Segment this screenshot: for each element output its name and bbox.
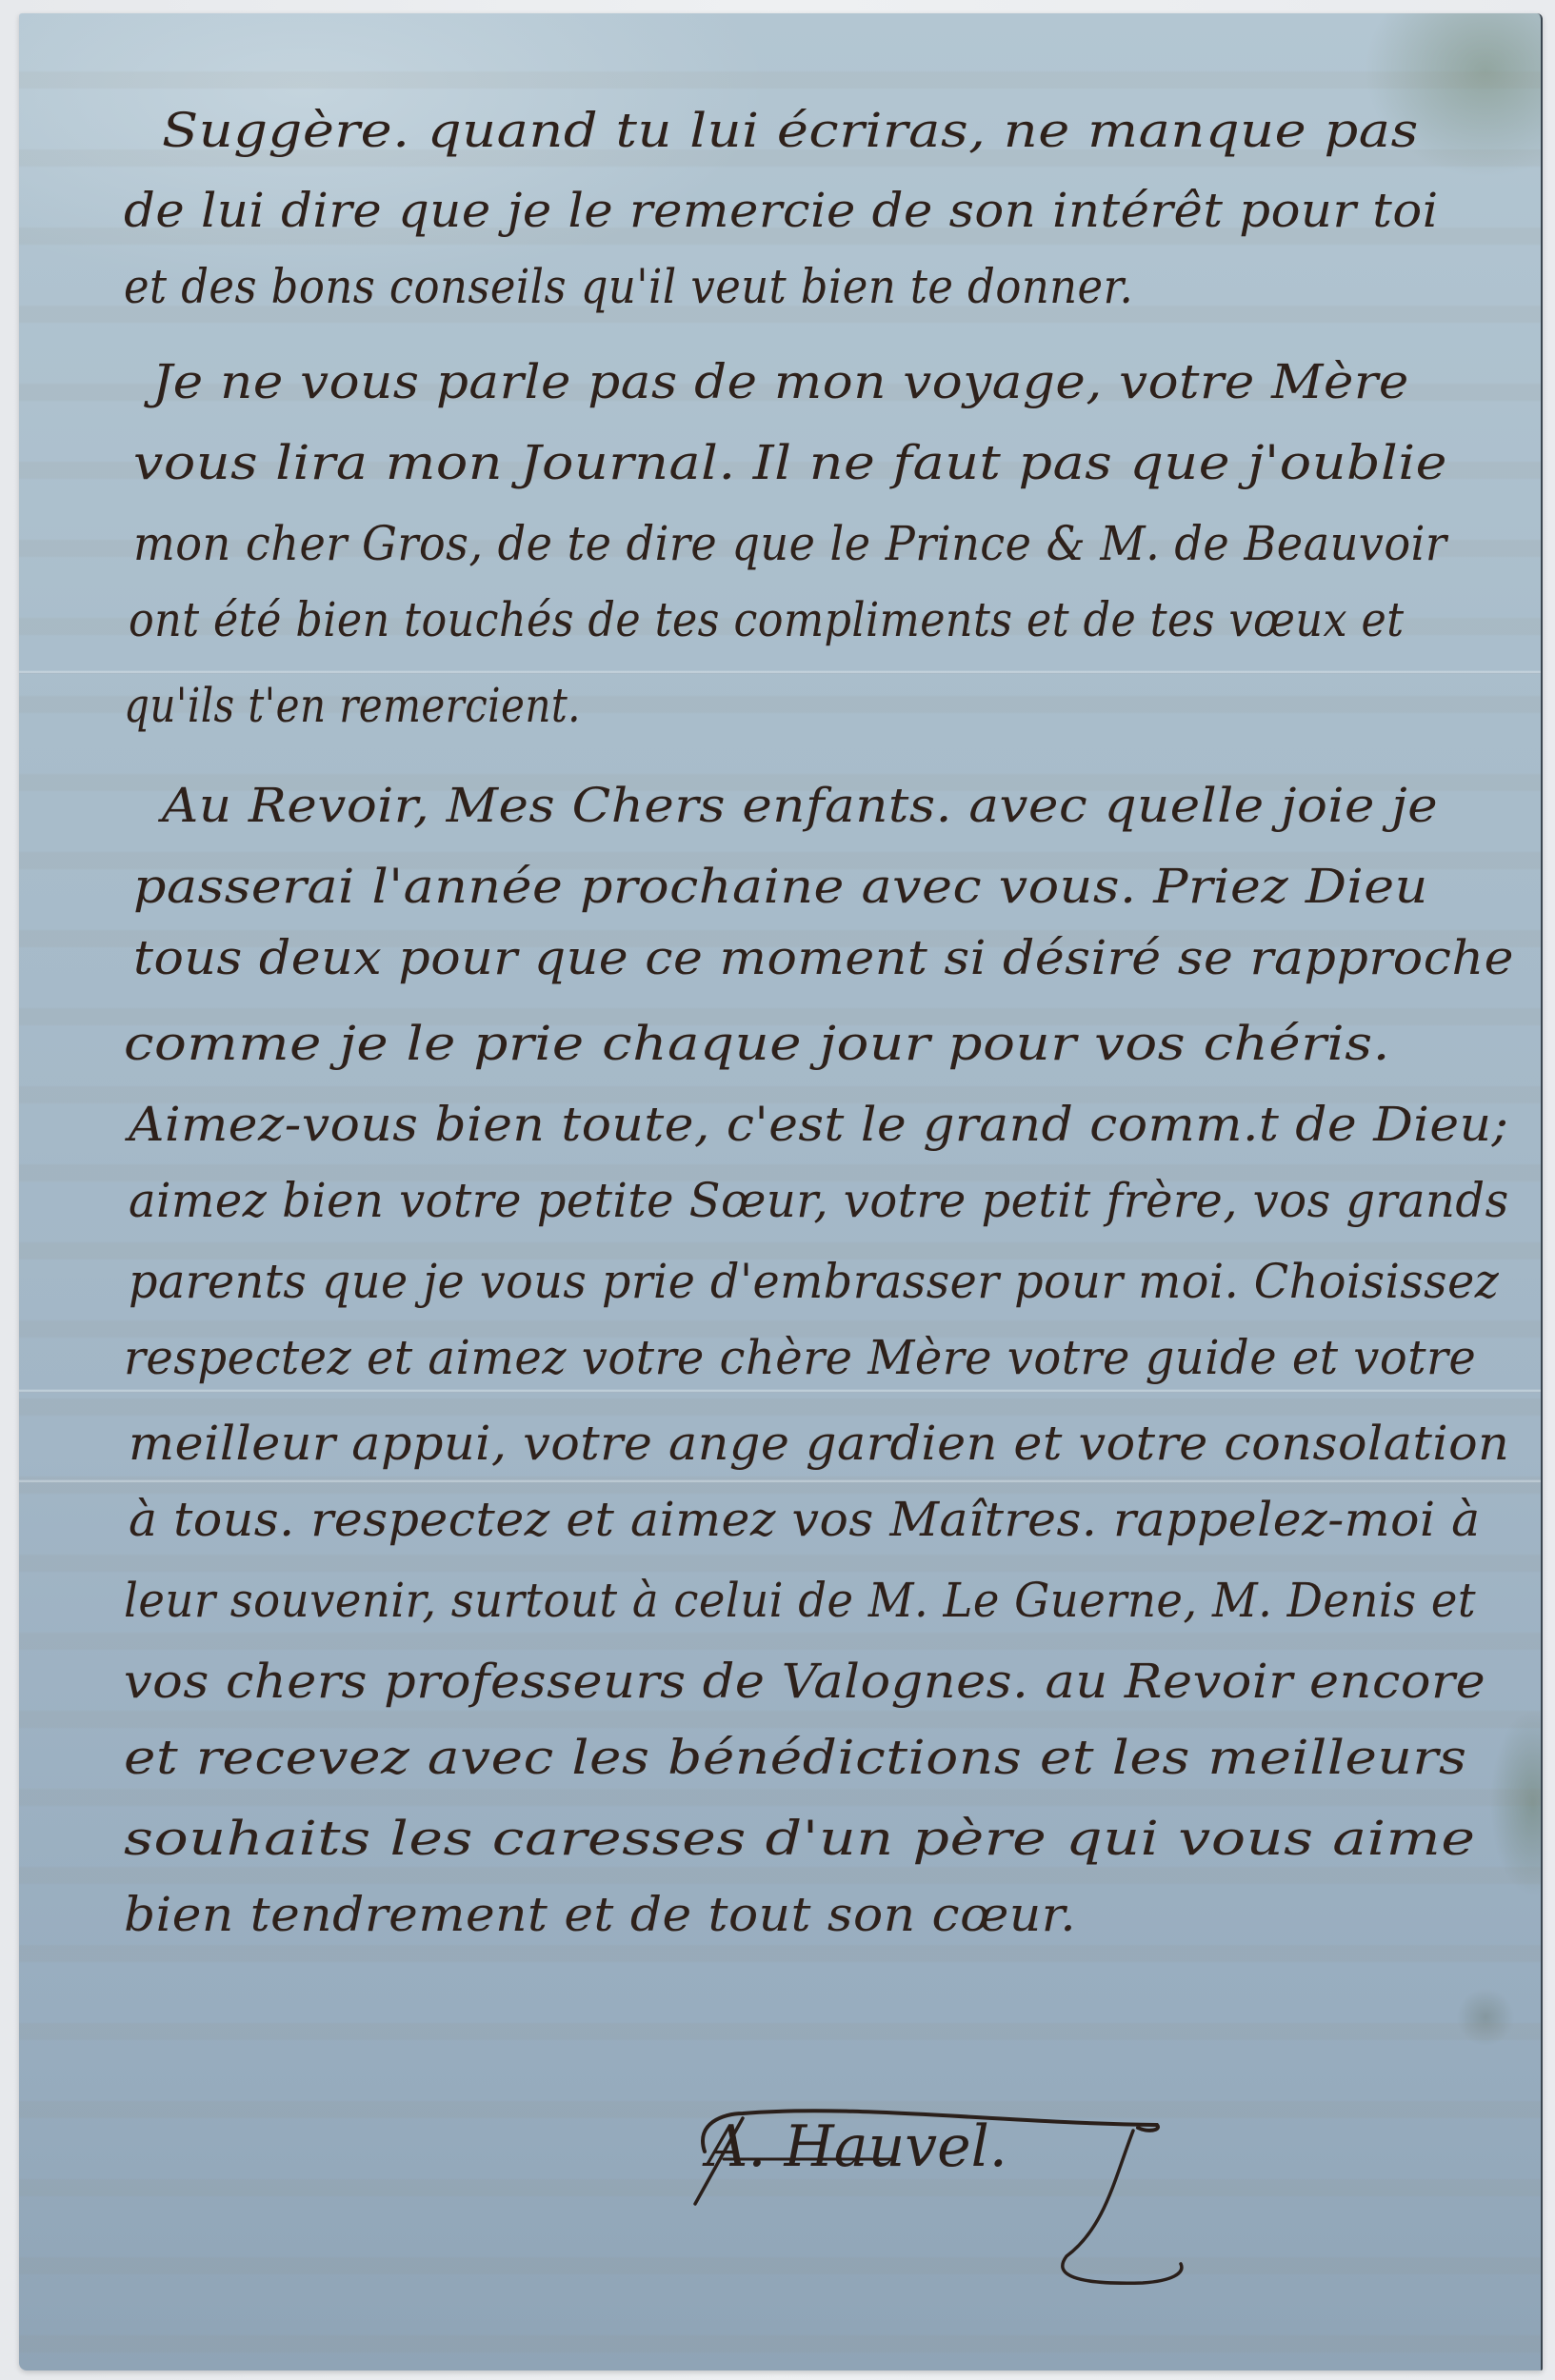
letter-line: Je ne vous parle pas de mon voyage, votr… xyxy=(152,354,1409,409)
signature: A. Hauvel. xyxy=(707,2113,1007,2180)
letter-line: comme je le prie chaque jour pour vos ch… xyxy=(124,1016,1390,1071)
letter-line: vos chers professeurs de Valognes. au Re… xyxy=(124,1654,1485,1709)
letter-line: tous deux pour que ce moment si désiré s… xyxy=(133,930,1514,985)
letter-line: passerai l'année prochaine avec vous. Pr… xyxy=(133,859,1428,914)
letter-line: vous lira mon Journal. Il ne faut pas qu… xyxy=(133,435,1447,490)
letter-line: mon cher Gros, de te dire que le Prince … xyxy=(133,516,1446,571)
letter-line: à tous. respectez et aimez vos Maîtres. … xyxy=(129,1492,1481,1547)
letter-line: qu'ils t'en remercient. xyxy=(124,678,581,733)
letter-line: souhaits les caresses d'un père qui vous… xyxy=(124,1811,1476,1866)
fold-crease xyxy=(19,1479,1541,1483)
letter-line: aimez bien votre petite Sœur, votre peti… xyxy=(129,1173,1509,1228)
letter-line: Suggère. quand tu lui écriras, ne manque… xyxy=(162,103,1419,158)
letter-line: et recevez avec les bénédictions et les … xyxy=(124,1730,1467,1785)
letter-line: leur souvenir, surtout à celui de M. Le … xyxy=(124,1573,1476,1628)
letter-line: Aimez-vous bien toute, c'est le grand co… xyxy=(129,1097,1509,1152)
letter-line: respectez et aimez votre chère Mère votr… xyxy=(124,1330,1476,1385)
letter-line: bien tendrement et de tout son cœur. xyxy=(124,1887,1076,1942)
fold-crease xyxy=(19,1389,1541,1393)
fold-crease xyxy=(19,670,1541,674)
letter-line: ont été bien touchés de tes compliments … xyxy=(129,592,1404,647)
letter-line: Au Revoir, Mes Chers enfants. avec quell… xyxy=(162,778,1438,833)
letter-line: meilleur appui, votre ange gardien et vo… xyxy=(129,1416,1509,1471)
letter-line: de lui dire que je le remercie de son in… xyxy=(124,183,1439,238)
letter-line: et des bons conseils qu'il veut bien te … xyxy=(124,259,1133,314)
letter-line: parents que je vous prie d'embrasser pou… xyxy=(129,1254,1499,1309)
